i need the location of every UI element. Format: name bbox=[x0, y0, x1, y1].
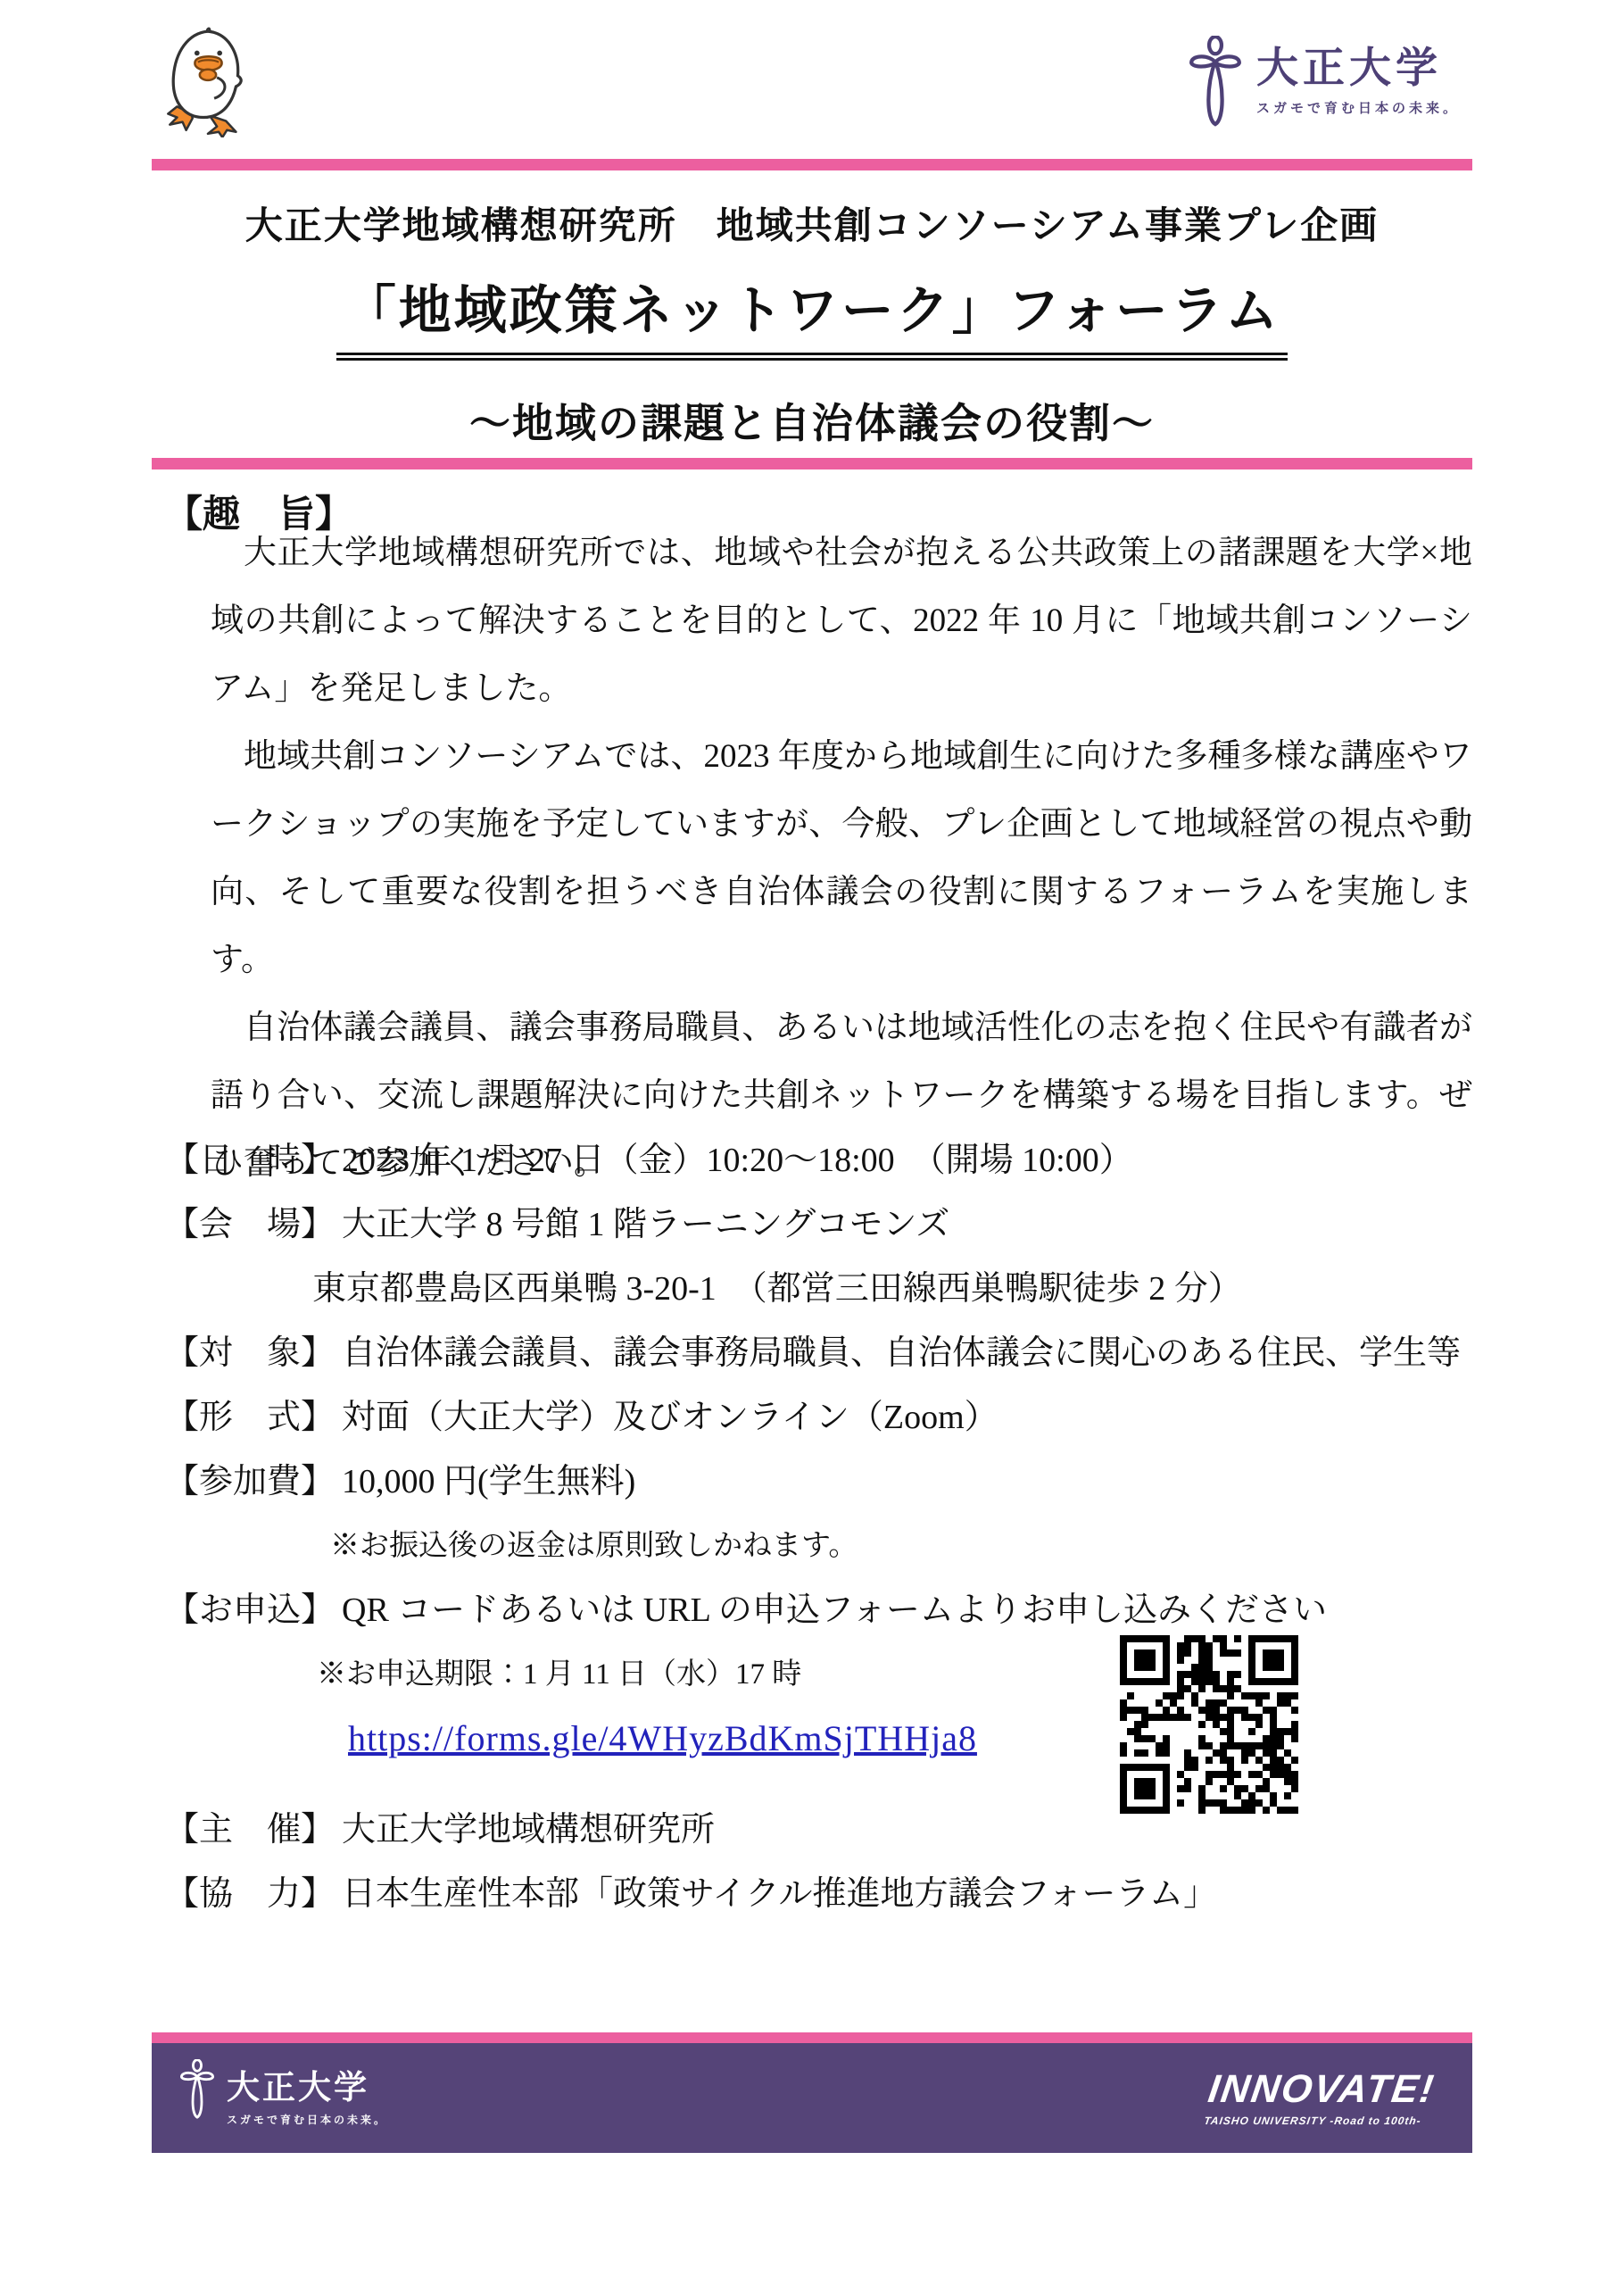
footer-band: 大正大学 スガモで育む日本の未来。 INNOVATE! TAISHO UNIVE… bbox=[152, 2043, 1472, 2153]
qr-code bbox=[1120, 1635, 1298, 1814]
innovate-wordmark: INNOVATE! bbox=[1206, 2070, 1438, 2109]
detail-datetime-value: 2023 年 1 月 27 日（金）10:20～18:00 （開場 10:00） bbox=[342, 1142, 1133, 1179]
footer-pink-stripe bbox=[152, 2032, 1472, 2043]
detail-format-label: 【形 式】 bbox=[165, 1399, 335, 1436]
innovate-tagline: TAISHO UNIVERSITY -Road to 100th- bbox=[1203, 2115, 1430, 2127]
footer-innovate-logo: INNOVATE! TAISHO UNIVERSITY -Road to 100… bbox=[1203, 2070, 1437, 2127]
detail-organizer-label: 【主 催】 bbox=[165, 1811, 335, 1849]
pink-rule-under-title bbox=[152, 458, 1472, 469]
purpose-paragraph: 地域共創コンソーシアムでは、2023 年度から地域創生に向けた多種多様な講座やワ… bbox=[211, 723, 1472, 994]
purpose-paragraph: 大正大学地域構想研究所では、地域や社会が抱える公共政策上の諸課題を大学×地域の共… bbox=[211, 519, 1472, 723]
detail-datetime: 【日 時】2023 年 1 月 27 日（金）10:20～18:00 （開場 1… bbox=[165, 1128, 1477, 1192]
detail-cooperation: 【協 力】日本生産性本部「政策サイクル推進地方議会フォーラム」 bbox=[165, 1862, 1477, 1926]
footer-person-icon bbox=[178, 2059, 216, 2138]
university-name: 大正大学 bbox=[1256, 45, 1460, 91]
detail-organizer-value: 大正大学地域構想研究所 bbox=[342, 1811, 715, 1849]
duck-mascot-illustration bbox=[150, 27, 268, 136]
detail-datetime-label: 【日 時】 bbox=[165, 1142, 335, 1179]
detail-apply-value: QR コードあるいは URL の申込フォームよりお申し込みください bbox=[342, 1591, 1327, 1629]
purpose-body: 大正大学地域構想研究所では、地域や社会が抱える公共政策上の諸課題を大学×地域の共… bbox=[211, 519, 1472, 1198]
footer-university-name: 大正大学 bbox=[227, 2069, 387, 2107]
detail-venue-address: 東京都豊島区西巣鴨 3-20-1 （都営三田線西巣鴨駅徒歩 2 分） bbox=[165, 1257, 1477, 1321]
detail-fee-value: 10,000 円(学生無料) bbox=[342, 1463, 635, 1500]
detail-fee: 【参加費】10,000 円(学生無料) bbox=[165, 1450, 1477, 1514]
university-logo: 大正大学 スガモで育む日本の未来。 bbox=[1187, 36, 1460, 121]
event-subtitle: ～地域の課題と自治体議会の役割～ bbox=[0, 391, 1624, 450]
apply-form-link[interactable]: https://forms.gle/4WHyzBdKmSjTHHja8 bbox=[348, 1718, 977, 1758]
detail-format-value: 対面（大正大学）及びオンライン（Zoom） bbox=[342, 1399, 998, 1436]
detail-apply-label: 【お申込】 bbox=[165, 1591, 335, 1629]
university-tagline: スガモで育む日本の未来。 bbox=[1256, 98, 1460, 117]
flyer-page: 大正大学 スガモで育む日本の未来。 大正大学地域構想研究所 地域共創コンソーシア… bbox=[0, 0, 1624, 2285]
detail-apply: 【お申込】QR コードあるいは URL の申込フォームよりお申し込みください bbox=[165, 1578, 1477, 1642]
detail-venue-value: 大正大学 8 号館 1 階ラーニングコモンズ bbox=[342, 1206, 949, 1243]
detail-fee-note: ※お振込後の返金は原則致しかねます。 bbox=[165, 1514, 1477, 1578]
detail-audience-value: 自治体議会議員、議会事務局職員、自治体議会に関心のある住民、学生等 bbox=[342, 1334, 1461, 1372]
detail-venue: 【会 場】大正大学 8 号館 1 階ラーニングコモンズ bbox=[165, 1192, 1477, 1257]
organizer-block: 【主 催】大正大学地域構想研究所 【協 力】日本生産性本部「政策サイクル推進地方… bbox=[165, 1798, 1477, 1926]
pink-rule-top bbox=[152, 159, 1472, 170]
footer-university-tagline: スガモで育む日本の未来。 bbox=[227, 2112, 387, 2127]
detail-cooperation-label: 【協 力】 bbox=[165, 1875, 335, 1913]
event-title: 「地域政策ネットワーク」フォーラム bbox=[336, 268, 1288, 361]
detail-audience: 【対 象】自治体議会議員、議会事務局職員、自治体議会に関心のある住民、学生等 bbox=[165, 1321, 1477, 1385]
event-title-wrap: 「地域政策ネットワーク」フォーラム bbox=[0, 268, 1624, 361]
detail-fee-label: 【参加費】 bbox=[165, 1463, 335, 1500]
university-person-icon bbox=[1187, 36, 1244, 121]
detail-format: 【形 式】対面（大正大学）及びオンライン（Zoom） bbox=[165, 1385, 1477, 1450]
detail-cooperation-value: 日本生産性本部「政策サイクル推進地方議会フォーラム」 bbox=[342, 1875, 1217, 1913]
footer-university-logo: 大正大学 スガモで育む日本の未来。 bbox=[178, 2059, 387, 2138]
event-supertitle: 大正大学地域構想研究所 地域共創コンソーシアム事業プレ企画 bbox=[0, 196, 1624, 250]
detail-venue-label: 【会 場】 bbox=[165, 1206, 335, 1243]
detail-audience-label: 【対 象】 bbox=[165, 1334, 335, 1372]
